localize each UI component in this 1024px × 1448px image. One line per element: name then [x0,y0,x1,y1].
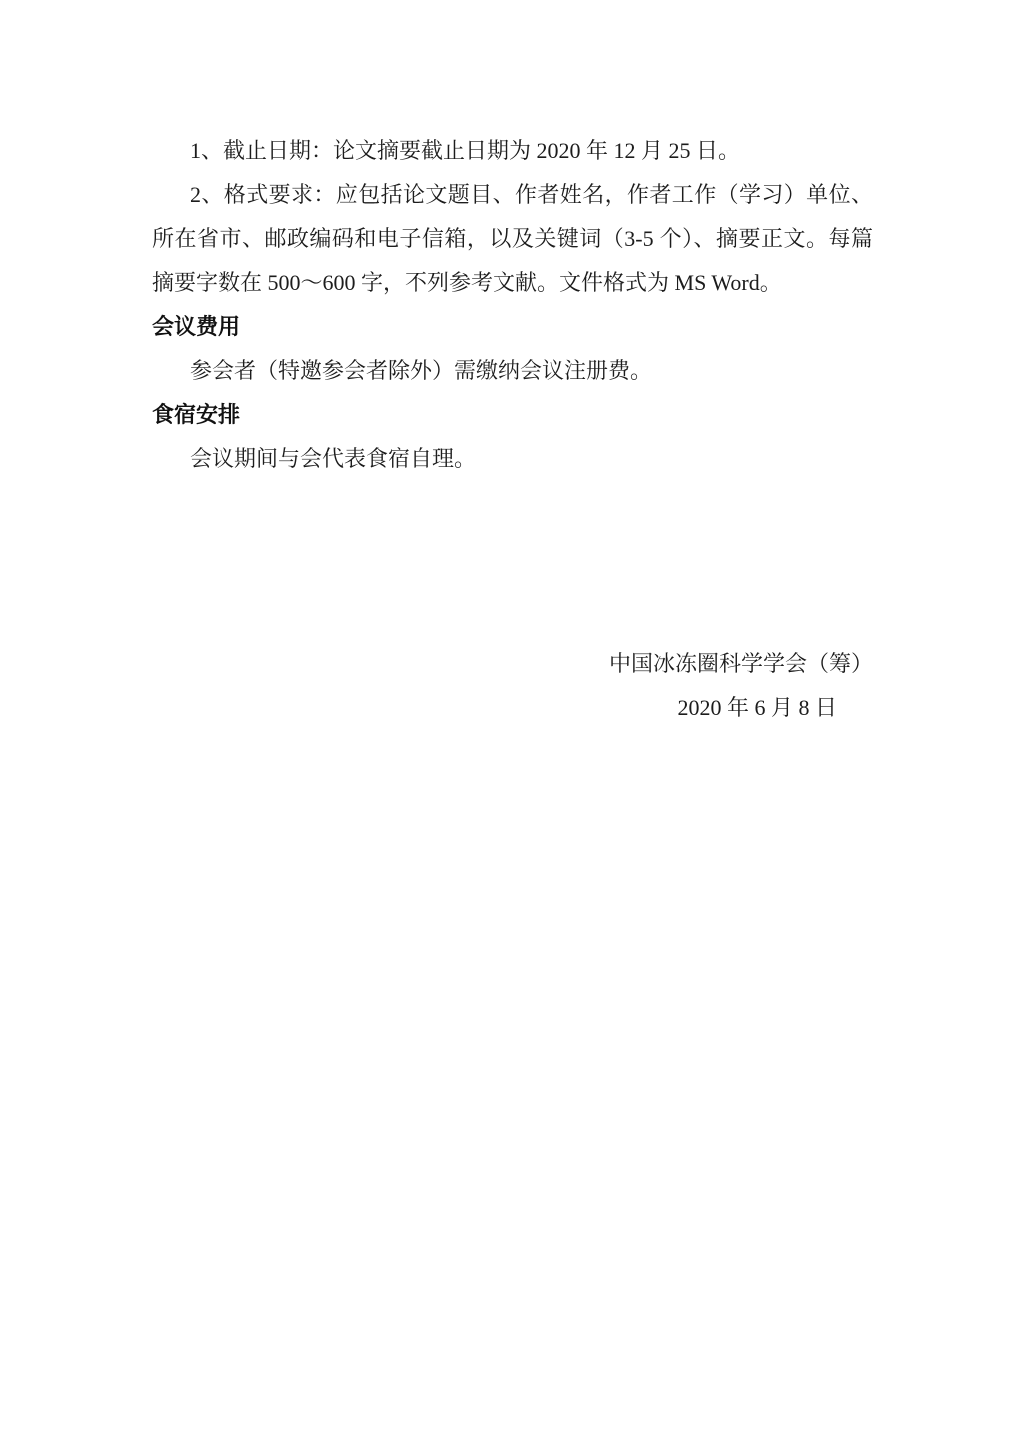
signature-date: 2020 年 6 月 8 日 [152,686,873,730]
paragraph-deadline: 1、截止日期：论文摘要截止日期为 2020 年 12 月 25 日。 [152,129,873,173]
document-page: 1、截止日期：论文摘要截止日期为 2020 年 12 月 25 日。 2、格式要… [0,0,1024,1448]
section-heading-accommodation: 食宿安排 [152,393,873,437]
blank-space [152,481,873,642]
paragraph-conference-fees: 参会者（特邀参会者除外）需缴纳会议注册费。 [152,349,873,393]
paragraph-accommodation: 会议期间与会代表食宿自理。 [152,437,873,481]
section-heading-conference-fees: 会议费用 [152,305,873,349]
paragraph-format-requirements: 2、格式要求：应包括论文题目、作者姓名，作者工作（学习）单位、所在省市、邮政编码… [152,173,873,305]
signature-organization: 中国冰冻圈科学学会（筹） [152,642,873,686]
